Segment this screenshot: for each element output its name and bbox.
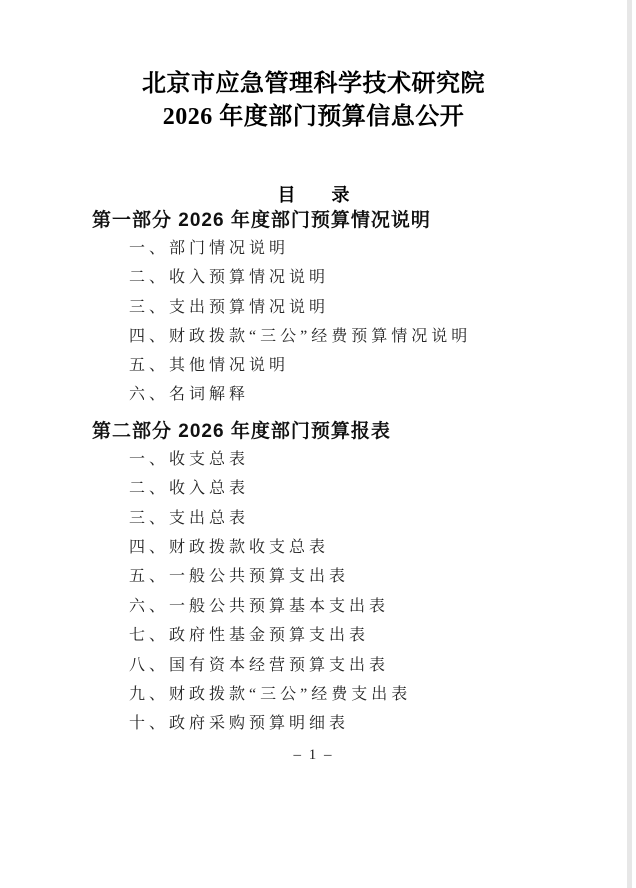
toc-item-part2-2: 二、收入总表 (129, 474, 627, 503)
section-part2-heading: 第二部分 2026 年度部门预算报表 (92, 418, 627, 445)
toc-item-part2-10: 十、政府采购预算明细表 (129, 709, 627, 738)
toc-item-part1-3: 三、支出预算情况说明 (129, 293, 627, 322)
document-title-line1: 北京市应急管理科学技术研究院 (0, 68, 627, 101)
toc-item-part1-6: 六、名词解释 (129, 380, 627, 409)
page-edge-shadow (627, 0, 632, 888)
toc-heading: 目 录 (0, 183, 627, 207)
section-part1: 第一部分 2026 年度部门预算情况说明 一、部门情况说明 二、收入预算情况说明… (0, 207, 627, 410)
toc-item-part2-3: 三、支出总表 (129, 504, 627, 533)
page-number: – 1 – (0, 745, 627, 765)
toc-item-part1-1: 一、部门情况说明 (129, 234, 627, 263)
toc-item-part2-6: 六、一般公共预算基本支出表 (129, 592, 627, 621)
toc-item-part2-9: 九、财政拨款“三公”经费支出表 (129, 680, 627, 709)
document-page: 北京市应急管理科学技术研究院 2026 年度部门预算信息公开 目 录 第一部分 … (0, 0, 627, 888)
toc-item-part2-5: 五、一般公共预算支出表 (129, 562, 627, 591)
toc-item-part2-8: 八、国有资本经营预算支出表 (129, 651, 627, 680)
toc-item-part1-5: 五、其他情况说明 (129, 351, 627, 380)
section-part1-list: 一、部门情况说明 二、收入预算情况说明 三、支出预算情况说明 四、财政拨款“三公… (0, 234, 627, 410)
toc-item-part1-2: 二、收入预算情况说明 (129, 263, 627, 292)
document-title-line2: 2026 年度部门预算信息公开 (0, 101, 627, 134)
section-part2-list: 一、收支总表 二、收入总表 三、支出总表 四、财政拨款收支总表 五、一般公共预算… (0, 445, 627, 739)
section-part2: 第二部分 2026 年度部门预算报表 一、收支总表 二、收入总表 三、支出总表 … (0, 418, 627, 739)
section-part1-heading: 第一部分 2026 年度部门预算情况说明 (92, 207, 627, 234)
toc-item-part2-1: 一、收支总表 (129, 445, 627, 474)
toc-item-part2-4: 四、财政拨款收支总表 (129, 533, 627, 562)
toc-item-part1-4: 四、财政拨款“三公”经费预算情况说明 (129, 322, 627, 351)
toc-item-part2-7: 七、政府性基金预算支出表 (129, 621, 627, 650)
document-title: 北京市应急管理科学技术研究院 2026 年度部门预算信息公开 (0, 0, 627, 134)
